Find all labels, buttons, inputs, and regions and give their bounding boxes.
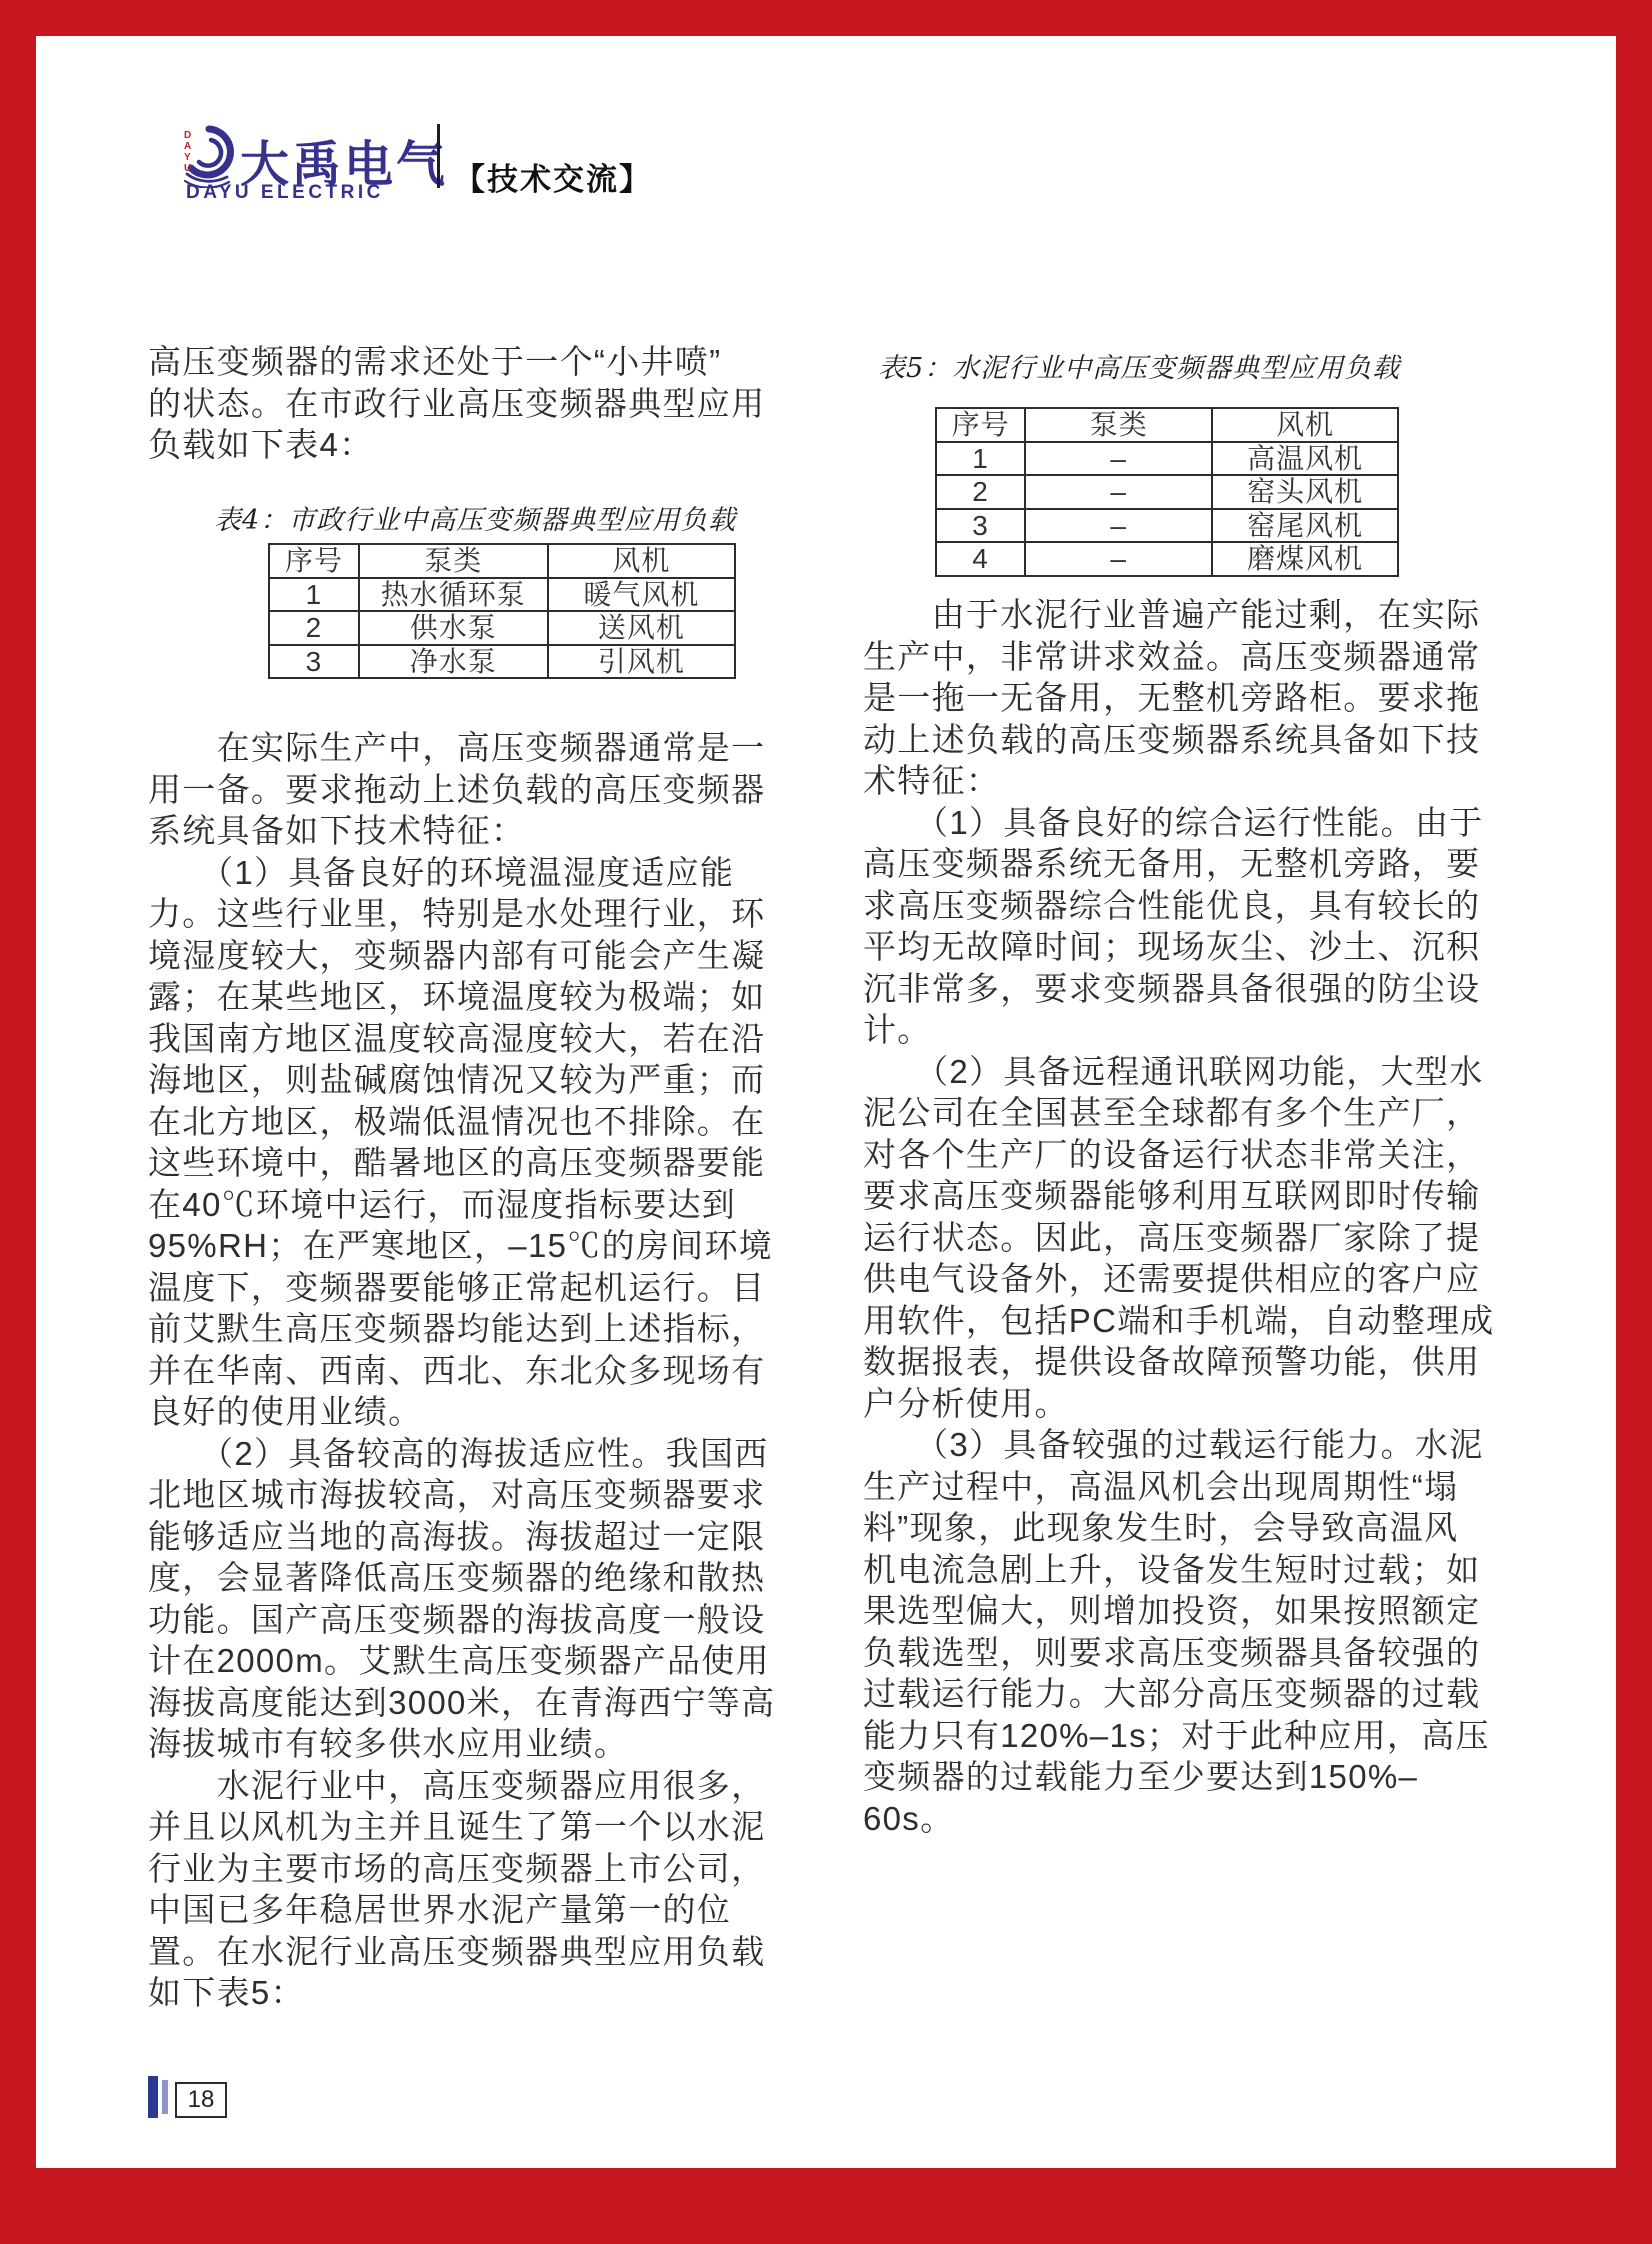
logo-monogram-u: U bbox=[184, 163, 191, 174]
footer-accent-bar-thin bbox=[162, 2080, 168, 2114]
text-line: 由于水泥行业普遍产能过剩，在实际 bbox=[863, 594, 1493, 636]
text-line: 温度下，变频器要能够正常起机运行。目 bbox=[148, 1267, 778, 1309]
text-line: 用一备。要求拖动上述负载的高压变频器 bbox=[148, 769, 778, 811]
text-line: 北地区城市海拔较高，对高压变频器要求 bbox=[148, 1474, 778, 1516]
table4-body: 1 热水循环泵 暖气风机 2 供水泵 送风机 3 净水泵 引风机 bbox=[270, 579, 736, 680]
text-line: 的状态。在市政行业高压变频器典型应用 bbox=[148, 383, 778, 425]
table-header-cell: 序号 bbox=[270, 545, 360, 579]
cell-pump: 净水泵 bbox=[360, 646, 549, 680]
table4-header-row: 序号泵类风机 bbox=[270, 545, 736, 579]
text-line: 系统具备如下技术特征： bbox=[148, 810, 778, 852]
cell-pump: – bbox=[1026, 476, 1213, 510]
cell-fan: 磨煤风机 bbox=[1213, 543, 1399, 577]
text-line: （2）具备远程通讯联网功能，大型水 bbox=[863, 1051, 1493, 1093]
text-line: 露；在某些地区，环境温度较为极端；如 bbox=[148, 976, 778, 1018]
cell-fan: 送风机 bbox=[549, 612, 736, 646]
cell-index: 3 bbox=[937, 510, 1026, 544]
text-line: 泥公司在全国甚至全球都有多个生产厂， bbox=[863, 1092, 1493, 1134]
text-line: 平均无故障时间；现场灰尘、沙土、沉积 bbox=[863, 926, 1493, 968]
text-line: 并且以风机为主并且诞生了第一个以水泥 bbox=[148, 1806, 778, 1848]
logo-monogram-a: A bbox=[184, 141, 191, 152]
text-line: （2）具备较高的海拔适应性。我国西 bbox=[148, 1433, 778, 1475]
cell-fan: 窑尾风机 bbox=[1213, 510, 1399, 544]
text-line: 负载选型，则要求高压变频器具备较强的 bbox=[863, 1632, 1493, 1674]
text-line: 在40℃环境中运行，而湿度指标要达到 bbox=[148, 1184, 778, 1226]
paper: D A Y U 大禹电气 DAYU ELECTRIC 【技术交流】 高压变频器的… bbox=[36, 36, 1616, 2168]
table5-body: 1 – 高温风机 2 – 窑头风机 3 – 窑尾风机 4 – 磨煤风机 bbox=[937, 443, 1399, 577]
brand-name-en: DAYU ELECTRIC bbox=[186, 182, 384, 204]
text-line: 60s。 bbox=[863, 1798, 1493, 1840]
cell-index: 4 bbox=[937, 543, 1026, 577]
cell-index: 1 bbox=[270, 579, 360, 613]
left-body-text: 在实际生产中，高压变频器通常是一用一备。要求拖动上述负载的高压变频器系统具备如下… bbox=[148, 727, 778, 2014]
table-row: 2 – 窑头风机 bbox=[937, 476, 1399, 510]
text-line: （1）具备良好的综合运行性能。由于 bbox=[863, 802, 1493, 844]
text-line: 数据报表，提供设备故障预警功能，供用 bbox=[863, 1341, 1493, 1383]
text-line: 在北方地区，极端低温情况也不排除。在 bbox=[148, 1101, 778, 1143]
text-line: 生产中，非常讲求效益。高压变频器通常 bbox=[863, 636, 1493, 678]
text-line: 行业为主要市场的高压变频器上市公司， bbox=[148, 1848, 778, 1890]
cell-fan: 窑头风机 bbox=[1213, 476, 1399, 510]
table-row: 1 – 高温风机 bbox=[937, 443, 1399, 477]
text-line: 过载运行能力。大部分高压变频器的过载 bbox=[863, 1673, 1493, 1715]
header-divider bbox=[437, 124, 440, 188]
text-line: 如下表5： bbox=[148, 1972, 778, 2014]
text-line: 生产过程中，高温风机会出现周期性“塌 bbox=[863, 1466, 1493, 1508]
table-row: 1 热水循环泵 暖气风机 bbox=[270, 579, 736, 613]
cell-pump: – bbox=[1026, 510, 1213, 544]
text-line: 前艾默生高压变频器均能达到上述指标， bbox=[148, 1308, 778, 1350]
text-line: 力。这些行业里，特别是水处理行业，环 bbox=[148, 893, 778, 935]
logo-monogram-y: Y bbox=[184, 152, 191, 163]
table-row: 4 – 磨煤风机 bbox=[937, 543, 1399, 577]
text-line: 能够适应当地的高海拔。海拔超过一定限 bbox=[148, 1516, 778, 1558]
text-line: 海拔高度能达到3000米，在青海西宁等高 bbox=[148, 1682, 778, 1724]
text-line: 机电流急剧上升，设备发生短时过载；如 bbox=[863, 1549, 1493, 1591]
text-line: 果选型偏大，则增加投资，如果按照额定 bbox=[863, 1590, 1493, 1632]
text-line: 能力只有120%–1s；对于此种应用，高压 bbox=[863, 1715, 1493, 1757]
text-line: 境湿度较大，变频器内部有可能会产生凝 bbox=[148, 935, 778, 977]
text-line: 沉非常多，要求变频器具备很强的防尘设 bbox=[863, 968, 1493, 1010]
text-line: 运行状态。因此，高压变频器厂家除了提 bbox=[863, 1217, 1493, 1259]
left-intro-paragraph: 高压变频器的需求还处于一个“小井喷”的状态。在市政行业高压变频器典型应用负载如下… bbox=[148, 341, 778, 466]
text-line: 户分析使用。 bbox=[863, 1383, 1493, 1425]
table-header-cell: 泵类 bbox=[1026, 409, 1213, 443]
text-line: 功能。国产高压变频器的海拔高度一般设 bbox=[148, 1599, 778, 1641]
table4-caption: 表4：市政行业中高压变频器典型应用负载 bbox=[214, 498, 736, 537]
text-line: 度，会显著降低高压变频器的绝缘和散热 bbox=[148, 1557, 778, 1599]
table4: 序号泵类风机 1 热水循环泵 暖气风机 2 供水泵 送风机 3 净水泵 引风机 bbox=[268, 543, 736, 679]
table-header-cell: 风机 bbox=[549, 545, 736, 579]
text-line: 这些环境中，酷暑地区的高压变频器要能 bbox=[148, 1142, 778, 1184]
table-row: 2 供水泵 送风机 bbox=[270, 612, 736, 646]
text-line: 并在华南、西南、西北、东北众多现场有 bbox=[148, 1350, 778, 1392]
text-line: 我国南方地区温度较高湿度较大，若在沿 bbox=[148, 1018, 778, 1060]
cell-fan: 引风机 bbox=[549, 646, 736, 680]
cell-pump: – bbox=[1026, 443, 1213, 477]
text-line: 水泥行业中，高压变频器应用很多， bbox=[148, 1765, 778, 1807]
text-line: 中国已多年稳居世界水泥产量第一的位 bbox=[148, 1889, 778, 1931]
text-line: 变频器的过载能力至少要达到150%– bbox=[863, 1756, 1493, 1798]
section-tag: 【技术交流】 bbox=[454, 154, 652, 199]
text-line: 良好的使用业绩。 bbox=[148, 1391, 778, 1433]
page-number: 18 bbox=[175, 2082, 227, 2118]
table-header-cell: 序号 bbox=[937, 409, 1026, 443]
table5: 序号泵类风机 1 – 高温风机 2 – 窑头风机 3 – 窑尾风机 bbox=[935, 407, 1399, 577]
text-line: 负载如下表4： bbox=[148, 424, 778, 466]
cell-index: 1 bbox=[937, 443, 1026, 477]
text-line: （3）具备较强的过载运行能力。水泥 bbox=[863, 1424, 1493, 1466]
footer-accent-bar bbox=[148, 2076, 158, 2118]
text-line: 求高压变频器综合性能优良，具有较长的 bbox=[863, 885, 1493, 927]
table-header-cell: 泵类 bbox=[360, 545, 549, 579]
dayu-logo-swirl-icon: D A Y U bbox=[183, 124, 239, 188]
cell-index: 2 bbox=[937, 476, 1026, 510]
cell-index: 2 bbox=[270, 612, 360, 646]
cell-pump: – bbox=[1026, 543, 1213, 577]
table5-header-row: 序号泵类风机 bbox=[937, 409, 1399, 443]
text-line: 95%RH；在严寒地区，–15℃的房间环境 bbox=[148, 1225, 778, 1267]
text-line: 海拔城市有较多供水应用业绩。 bbox=[148, 1723, 778, 1765]
text-line: 高压变频器的需求还处于一个“小井喷” bbox=[148, 341, 778, 383]
text-line: 要求高压变频器能够利用互联网即时传输 bbox=[863, 1175, 1493, 1217]
text-line: 计在2000m。艾默生高压变频器产品使用 bbox=[148, 1640, 778, 1682]
text-line: （1）具备良好的环境温湿度适应能 bbox=[148, 852, 778, 894]
logo-monogram-d: D bbox=[184, 130, 191, 141]
text-line: 料”现象，此现象发生时，会导致高温风 bbox=[863, 1507, 1493, 1549]
text-line: 计。 bbox=[863, 1009, 1493, 1051]
text-line: 高压变频器系统无备用，无整机旁路，要 bbox=[863, 843, 1493, 885]
right-body-text: 由于水泥行业普遍产能过剩，在实际生产中，非常讲求效益。高压变频器通常是一拖一无备… bbox=[863, 594, 1493, 1839]
magazine-page: D A Y U 大禹电气 DAYU ELECTRIC 【技术交流】 高压变频器的… bbox=[0, 0, 1652, 2244]
cell-pump: 供水泵 bbox=[360, 612, 549, 646]
text-line: 在实际生产中，高压变频器通常是一 bbox=[148, 727, 778, 769]
table5-caption: 表5：水泥行业中高压变频器典型应用负载 bbox=[878, 346, 1400, 385]
text-line: 对各个生产厂的设备运行状态非常关注， bbox=[863, 1134, 1493, 1176]
text-line: 动上述负载的高压变频器系统具备如下技 bbox=[863, 719, 1493, 761]
cell-fan: 高温风机 bbox=[1213, 443, 1399, 477]
text-line: 术特征： bbox=[863, 760, 1493, 802]
cell-index: 3 bbox=[270, 646, 360, 680]
text-line: 用软件，包括PC端和手机端，自动整理成 bbox=[863, 1300, 1493, 1342]
table-header-cell: 风机 bbox=[1213, 409, 1399, 443]
text-line: 海地区，则盐碱腐蚀情况又较为严重；而 bbox=[148, 1059, 778, 1101]
text-line: 是一拖一无备用，无整机旁路柜。要求拖 bbox=[863, 677, 1493, 719]
text-line: 供电气设备外，还需要提供相应的客户应 bbox=[863, 1258, 1493, 1300]
cell-fan: 暖气风机 bbox=[549, 579, 736, 613]
table-row: 3 净水泵 引风机 bbox=[270, 646, 736, 680]
text-line: 置。在水泥行业高压变频器典型应用负载 bbox=[148, 1931, 778, 1973]
cell-pump: 热水循环泵 bbox=[360, 579, 549, 613]
table-row: 3 – 窑尾风机 bbox=[937, 510, 1399, 544]
